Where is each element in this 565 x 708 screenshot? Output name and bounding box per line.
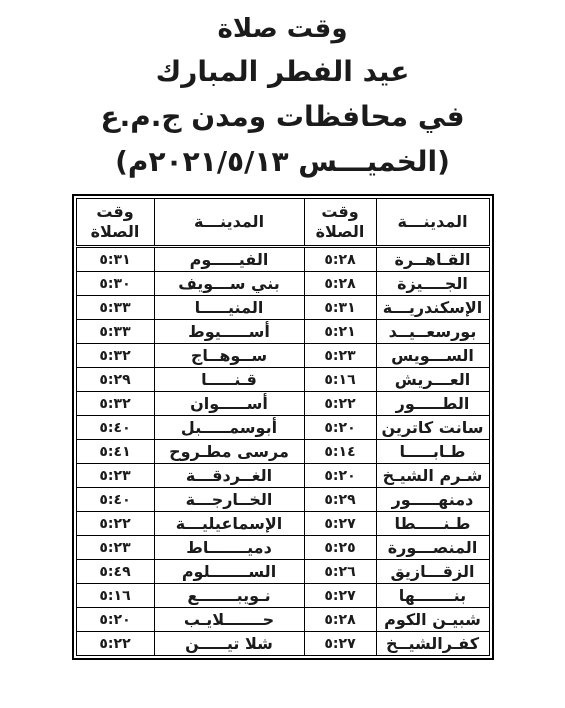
city-name: الإسماعيليـــة	[154, 512, 304, 536]
prayer-time: ٥:١٤	[304, 440, 376, 464]
prayer-time: ٥:٢٢	[76, 512, 154, 536]
city-name: دميـــــــاط	[154, 536, 304, 560]
table-row: المنصـــورة٥:٢٥دميـــــــاط٥:٢٣	[76, 536, 489, 560]
city-name: الفيـــــوم	[154, 247, 304, 272]
table-row: الزقـــازيق٥:٢٦الســـــــلوم٥:٤٩	[76, 560, 489, 584]
prayer-time: ٥:٢٠	[76, 608, 154, 632]
city-name: العـــريش	[376, 368, 489, 392]
title-eid-name: عيد الفطر المبارك	[0, 50, 565, 94]
city-name: مرسى مطـروح	[154, 440, 304, 464]
table-row: كفـرالشيــخ٥:٢٧شلا تيـــــن٥:٢٢	[76, 632, 489, 656]
prayer-time: ٥:٢٢	[76, 632, 154, 656]
prayer-times-table: المدينـــة وقت الصلاة المدينـــة وقت الص…	[76, 198, 490, 656]
prayer-time: ٥:٢٥	[304, 536, 376, 560]
city-name: الخــارجـــة	[154, 488, 304, 512]
header-city-left: المدينـــة	[154, 199, 304, 247]
city-name: الزقـــازيق	[376, 560, 489, 584]
city-name: الإسكندريـــة	[376, 296, 489, 320]
prayer-time: ٥:٤٠	[76, 416, 154, 440]
header-time-left: وقت الصلاة	[76, 199, 154, 247]
table-row: شبيـن الكوم٥:٢٨حـــــــلايـب٥:٢٠	[76, 608, 489, 632]
city-name: كفـرالشيــخ	[376, 632, 489, 656]
header-city-right-label: المدينـــة	[379, 212, 487, 232]
title-prayer-time: وقت صلاة	[0, 8, 565, 50]
prayer-time: ٥:٢٧	[304, 512, 376, 536]
city-name: الســـــــلوم	[154, 560, 304, 584]
prayer-time: ٥:٢٨	[304, 272, 376, 296]
prayer-time: ٥:١٦	[304, 368, 376, 392]
prayer-time: ٥:٢٧	[304, 632, 376, 656]
table-header-row: المدينـــة وقت الصلاة المدينـــة وقت الص…	[76, 199, 489, 247]
prayer-time: ٥:٢٣	[76, 464, 154, 488]
prayer-time: ٥:٣٢	[76, 392, 154, 416]
header-time-left-line2: الصلاة	[79, 222, 152, 242]
prayer-time: ٥:٢٨	[304, 608, 376, 632]
prayer-time: ٥:٢٦	[304, 560, 376, 584]
city-name: بورسعــيــد	[376, 320, 489, 344]
table-row: شـرم الشيـخ٥:٢٠الغــردقـــة٥:٢٣	[76, 464, 489, 488]
city-name: بنـــــــها	[376, 584, 489, 608]
prayer-time: ٥:٣١	[304, 296, 376, 320]
city-name: طـنـــــطا	[376, 512, 489, 536]
city-name: الغــردقـــة	[154, 464, 304, 488]
prayer-time: ٥:٢٩	[304, 488, 376, 512]
prayer-time: ٥:٣١	[76, 247, 154, 272]
city-name: أســـــيوط	[154, 320, 304, 344]
city-name: أبوسمـــــبل	[154, 416, 304, 440]
prayer-time: ٥:٤٠	[76, 488, 154, 512]
prayer-time: ٥:٣٣	[76, 320, 154, 344]
city-name: ســوهــاج	[154, 344, 304, 368]
prayer-time: ٥:٣٣	[76, 296, 154, 320]
header-city-left-label: المدينـــة	[157, 212, 302, 232]
table-row: طـابـــــا٥:١٤مرسى مطـروح٥:٤١	[76, 440, 489, 464]
city-name: الطـــــور	[376, 392, 489, 416]
table-row: طـنـــــطا٥:٢٧الإسماعيليـــة٥:٢٢	[76, 512, 489, 536]
prayer-time: ٥:٢٧	[304, 584, 376, 608]
city-name: سانت كاترين	[376, 416, 489, 440]
prayer-time: ٥:٢٠	[304, 464, 376, 488]
city-name: المنصـــورة	[376, 536, 489, 560]
city-name: أســـــوان	[154, 392, 304, 416]
table-row: دمنهـــــور٥:٢٩الخــارجـــة٥:٤٠	[76, 488, 489, 512]
header-time-right-line1: وقت	[307, 202, 374, 222]
prayer-time: ٥:٤٩	[76, 560, 154, 584]
table-row: بورسعــيــد٥:٢١أســـــيوط٥:٣٣	[76, 320, 489, 344]
table-row: سانت كاترين٥:٢٠أبوسمـــــبل٥:٤٠	[76, 416, 489, 440]
prayer-time: ٥:٣٠	[76, 272, 154, 296]
prayer-time: ٥:٢٠	[304, 416, 376, 440]
city-name: بني ســـويف	[154, 272, 304, 296]
prayer-time: ٥:٢٩	[76, 368, 154, 392]
city-name: المنيـــــا	[154, 296, 304, 320]
header-time-right: وقت الصلاة	[304, 199, 376, 247]
prayer-time: ٥:٢٢	[304, 392, 376, 416]
table-row: العـــريش٥:١٦قـنـــــا٥:٢٩	[76, 368, 489, 392]
title-date: (الخميـــس ٢٠٢١/٥/١٣م)	[0, 139, 565, 185]
prayer-time: ٥:٢٣	[304, 344, 376, 368]
prayer-time: ٥:٢٣	[76, 536, 154, 560]
table-row: بنـــــــها٥:٢٧نـويبـــــــع٥:١٦	[76, 584, 489, 608]
city-name: حـــــــلايـب	[154, 608, 304, 632]
prayer-time: ٥:١٦	[76, 584, 154, 608]
table-row: الطـــــور٥:٢٢أســـــوان٥:٣٢	[76, 392, 489, 416]
prayer-time: ٥:٢٨	[304, 247, 376, 272]
header-time-left-line1: وقت	[79, 202, 152, 222]
city-name: دمنهـــــور	[376, 488, 489, 512]
prayer-times-table-frame: المدينـــة وقت الصلاة المدينـــة وقت الص…	[72, 194, 494, 660]
table-row: الجــــيزة٥:٢٨بني ســـويف٥:٣٠	[76, 272, 489, 296]
city-name: الســـويس	[376, 344, 489, 368]
table-row: الإسكندريـــة٥:٣١المنيـــــا٥:٣٣	[76, 296, 489, 320]
title-region: في محافظات ومدن ج.م.ع	[0, 94, 565, 139]
city-name: القـاهــرة	[376, 247, 489, 272]
table-row: الســـويس٥:٢٣ســوهــاج٥:٣٢	[76, 344, 489, 368]
city-name: قـنـــــا	[154, 368, 304, 392]
prayer-time: ٥:٣٢	[76, 344, 154, 368]
title-block: وقت صلاة عيد الفطر المبارك في محافظات وم…	[0, 0, 565, 185]
city-name: شبيـن الكوم	[376, 608, 489, 632]
city-name: طـابـــــا	[376, 440, 489, 464]
header-city-right: المدينـــة	[376, 199, 489, 247]
header-time-right-line2: الصلاة	[307, 222, 374, 242]
city-name: الجــــيزة	[376, 272, 489, 296]
document-page: وقت صلاة عيد الفطر المبارك في محافظات وم…	[0, 0, 565, 708]
prayer-time: ٥:٤١	[76, 440, 154, 464]
city-name: شلا تيـــــن	[154, 632, 304, 656]
prayer-time: ٥:٢١	[304, 320, 376, 344]
table-row: القـاهــرة٥:٢٨الفيـــــوم٥:٣١	[76, 247, 489, 272]
city-name: شـرم الشيـخ	[376, 464, 489, 488]
city-name: نـويبـــــــع	[154, 584, 304, 608]
table-body: القـاهــرة٥:٢٨الفيـــــوم٥:٣١الجــــيزة٥…	[76, 247, 489, 656]
